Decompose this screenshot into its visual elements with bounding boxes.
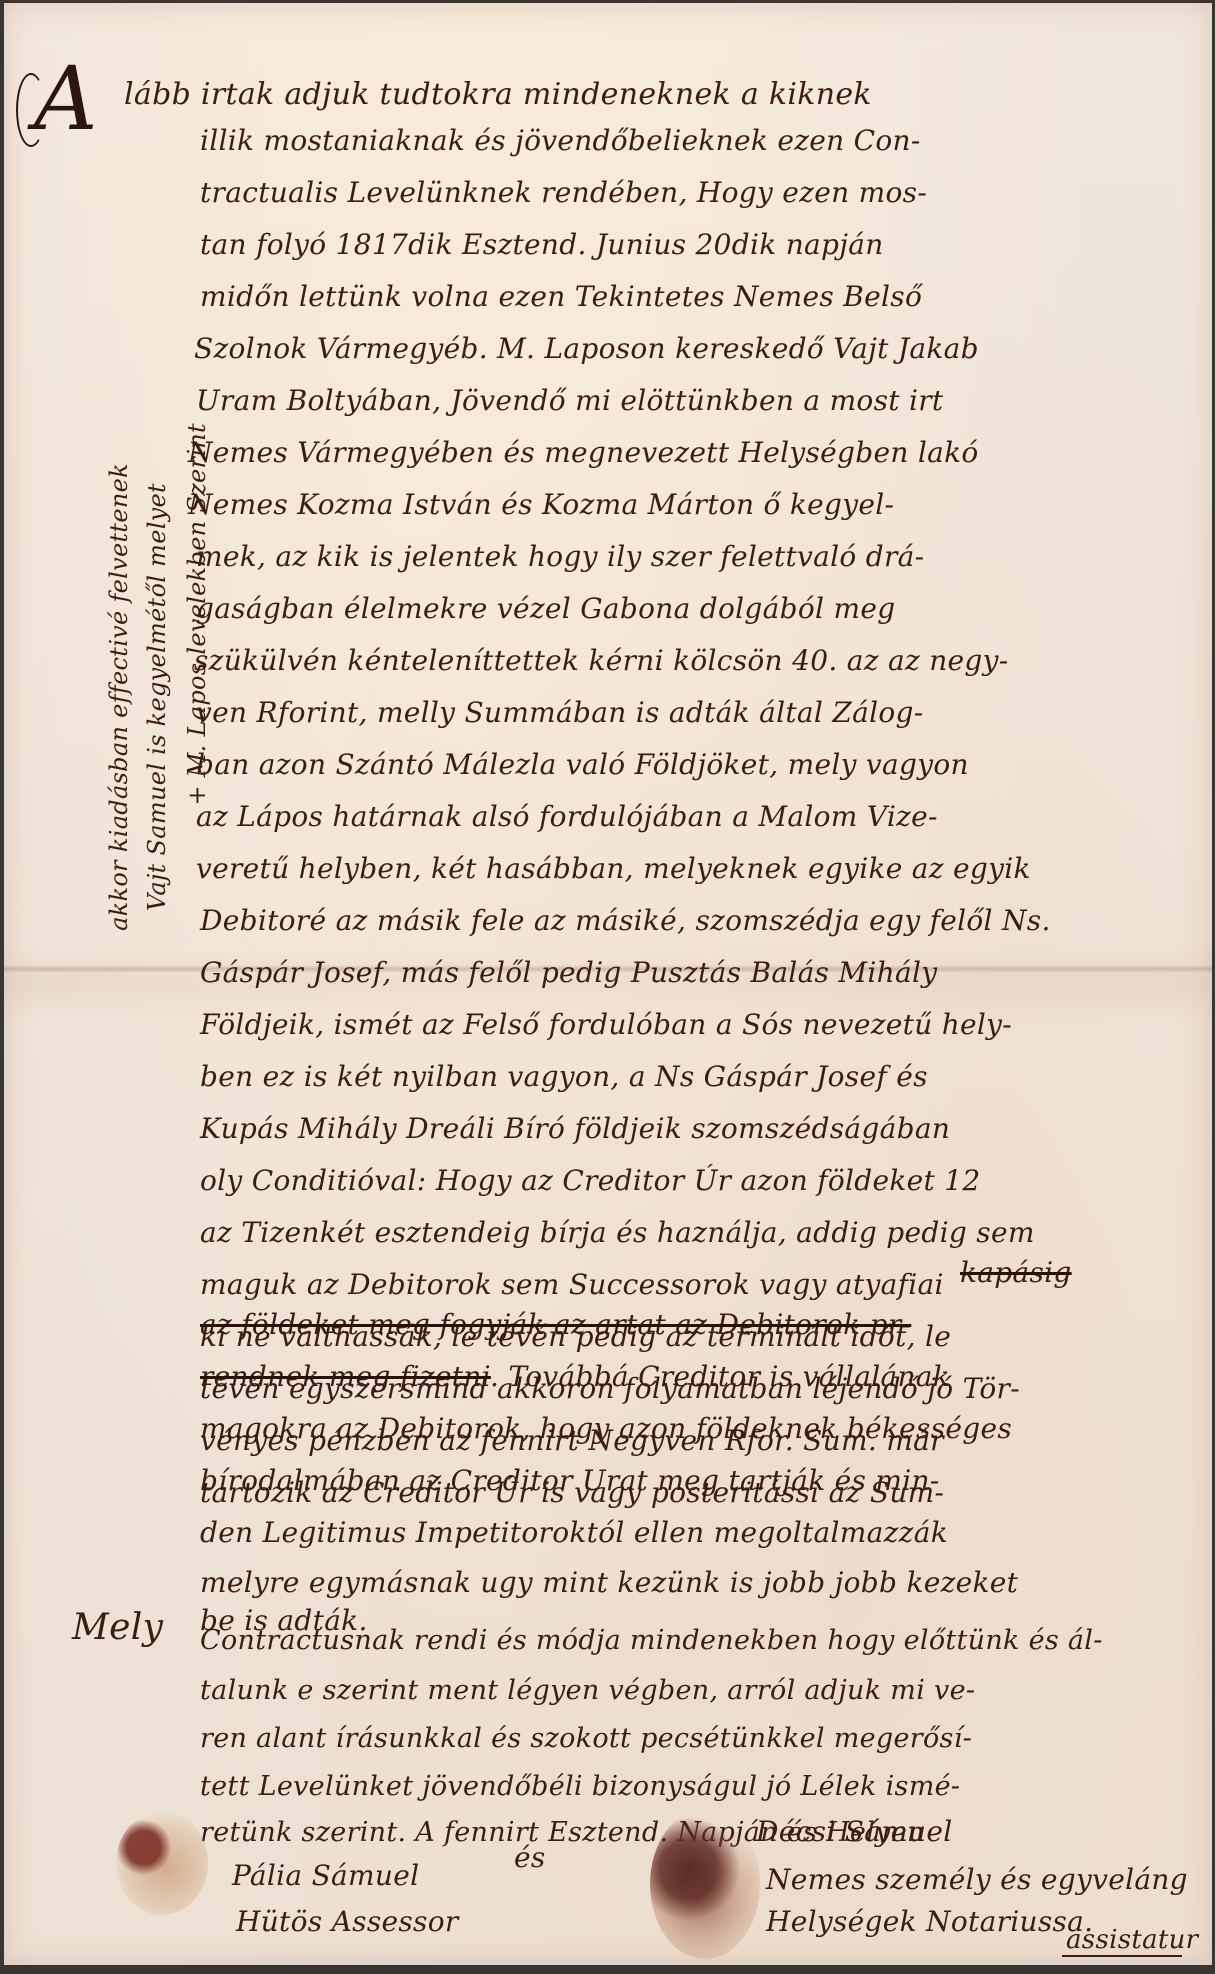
body-line: den Legitimus Impetitoroktól ellen megol… bbox=[200, 1519, 948, 1547]
body-line: ban azon Szántó Málezla való Földjöket, … bbox=[196, 751, 969, 779]
signature-right-line3: Helységek Notariussa. bbox=[766, 1905, 1093, 1938]
document-page: A lább irtak adjuk tudtokra mindeneknek … bbox=[4, 3, 1212, 1965]
wax-seal-left bbox=[116, 1811, 208, 1915]
body-line: Nemes Kozma István és Kozma Márton ő keg… bbox=[188, 491, 894, 519]
body-line: mek, az kik is jelentek hogy ily szer fe… bbox=[196, 543, 924, 571]
margin-note-line: akkor kiadásban effectivé felvettenek bbox=[107, 463, 131, 931]
body-line: tractualis Levelünknek rendében, Hogy ez… bbox=[200, 179, 927, 207]
closing-line: ren alant írásunkkal és szokott pecsétün… bbox=[200, 1725, 972, 1752]
body-line: veretű helyben, két hasábban, melyeknek … bbox=[196, 855, 1031, 883]
body-line: magokra az Debitorok, hogy azon földekne… bbox=[200, 1415, 1012, 1443]
wax-seal-center bbox=[650, 1809, 760, 1959]
closing-line: talunk e szerint ment légyen végben, arr… bbox=[200, 1677, 975, 1704]
body-line: bírodalmában az Creditor Urat meg tartjá… bbox=[200, 1467, 940, 1495]
signature-right-name: Décsi Sámuel bbox=[756, 1815, 953, 1848]
body-line: az Tizenkét esztendeig bírja és haználja… bbox=[200, 1219, 1035, 1247]
struck-text: rendnek meg fizetni bbox=[200, 1363, 491, 1391]
body-line: Uram Boltyában, Jövendő mi elöttünkben a… bbox=[196, 387, 944, 415]
body-line: ven Rforint, melly Summában is adták ált… bbox=[196, 699, 924, 727]
body-line: . Továbbá Creditor is vállalának bbox=[490, 1363, 950, 1391]
body-line: Debitoré az másik fele az másiké, szomsz… bbox=[200, 907, 1051, 935]
signature-conjunction: és bbox=[514, 1841, 546, 1874]
initial-letter: A bbox=[34, 55, 98, 143]
margin-note: + M. Lapos levelekben Szerint Vajt Samue… bbox=[89, 423, 229, 1203]
closing-label: Mely bbox=[72, 1607, 163, 1648]
signature-left-name: Pália Sámuel bbox=[232, 1859, 419, 1892]
struck-text: kapásig bbox=[960, 1259, 1072, 1287]
body-line: gaságban élelmekre vézel Gabona dolgából… bbox=[196, 595, 895, 623]
body-line: ben ez is két nyilban vagyon, a Ns Gáspá… bbox=[200, 1063, 928, 1091]
signature-underline bbox=[1062, 1955, 1182, 1957]
closing-line: tett Levelünket jövendőbéli bizonyságul … bbox=[200, 1773, 960, 1800]
body-line: Nemes Vármegyében és megnevezett Helység… bbox=[188, 439, 979, 467]
body-line: az Lápos határnak alsó fordulójában a Ma… bbox=[196, 803, 938, 831]
body-line: illik mostaniaknak és jövendőbelieknek e… bbox=[200, 127, 921, 155]
struck-text: az földeket meg fogyják az artat az Debi… bbox=[200, 1311, 911, 1339]
margin-note-line: + M. Lapos levelekben Szerint bbox=[185, 423, 209, 806]
first-line: lább irtak adjuk tudtokra mindeneknek a … bbox=[124, 77, 872, 112]
body-line: maguk az Debitorok sem Successorok vagy … bbox=[200, 1271, 944, 1299]
body-line: midőn lettünk volna ezen Tekintetes Neme… bbox=[200, 283, 922, 311]
body-line: Szolnok Vármegyéb. M. Laposon kereskedő … bbox=[194, 335, 979, 363]
body-line: Kupás Mihály Dreáli Bíró földjeik szomsz… bbox=[200, 1115, 950, 1143]
body-line: szükülvén kénteleníttettek kérni kölcsön… bbox=[194, 647, 1009, 675]
body-line: oly Conditióval: Hogy az Creditor Úr azo… bbox=[200, 1167, 981, 1195]
signature-right-line2: Nemes személy és egyveláng bbox=[766, 1863, 1188, 1896]
signature-right-line4: assistatur bbox=[1066, 1925, 1198, 1955]
body-line: Földjeik, ismét az Felső fordulóban a Só… bbox=[200, 1011, 1012, 1039]
body-line: Gáspár Josef, más felől pedig Pusztás Ba… bbox=[200, 959, 937, 987]
body-line: tan folyó 1817dik Esztend. Junius 20dik … bbox=[200, 231, 884, 259]
body-line: melyre egymásnak ugy mint kezünk is jobb… bbox=[200, 1569, 1018, 1597]
closing-line: Contractusnak rendi és módja mindenekben… bbox=[200, 1627, 1103, 1654]
signature-left-title: Hütös Assessor bbox=[236, 1905, 459, 1938]
margin-note-line: Vajt Samuel is kegyelmétől melyet bbox=[145, 483, 169, 911]
